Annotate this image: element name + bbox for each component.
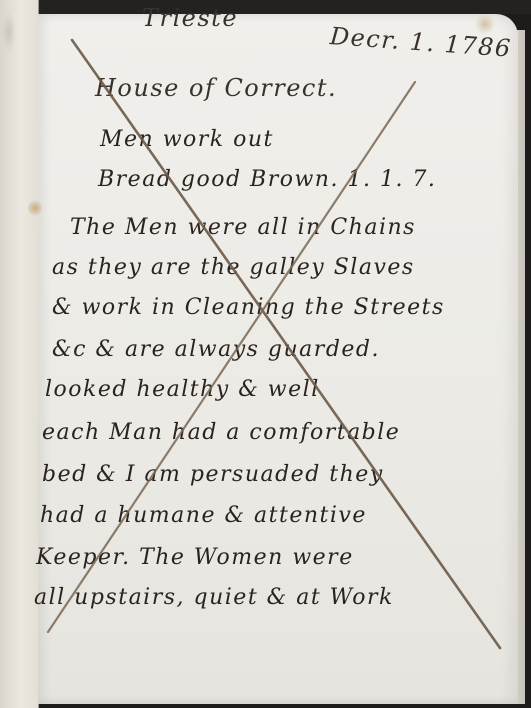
strike-through-cross-icon [0,0,531,708]
